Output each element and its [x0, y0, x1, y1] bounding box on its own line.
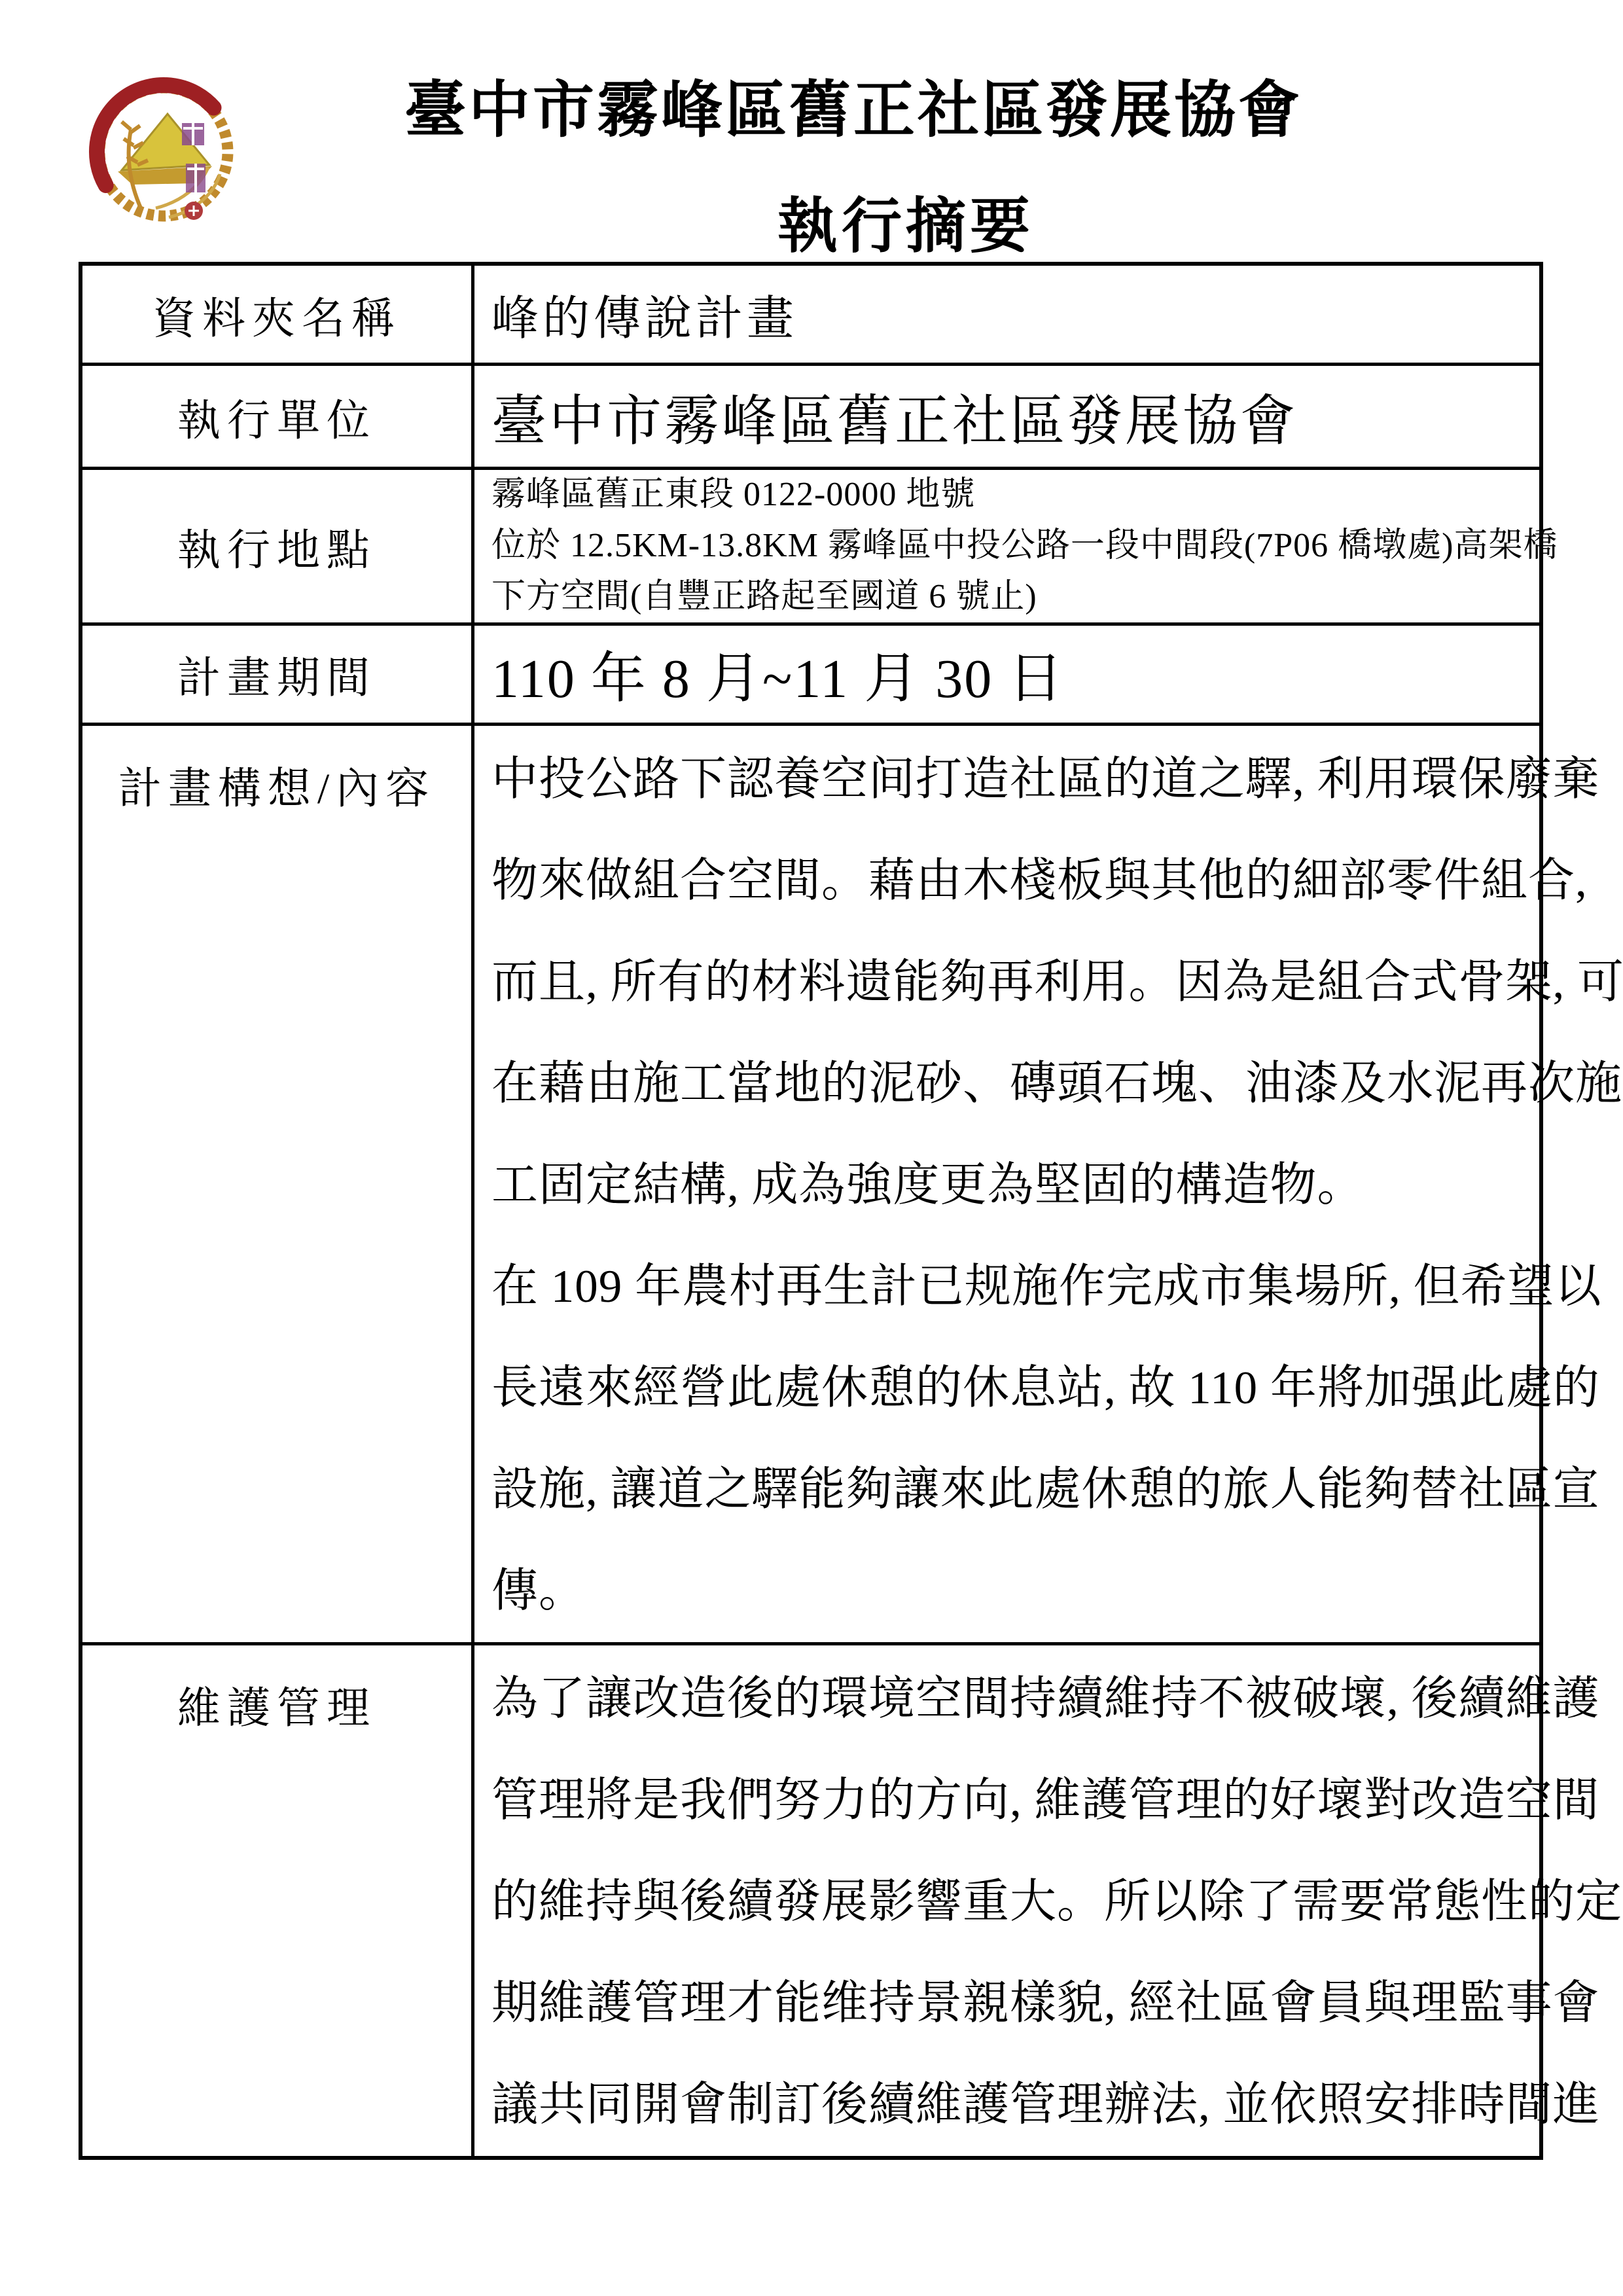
text-line: 在藉由施工當地的泥砂、磚頭石塊、油漆及水泥再次施: [491, 1033, 1623, 1135]
row-label: 執行地點: [82, 470, 471, 622]
table-row-execution-location: 執行地點 霧峰區舊正東段 0122-0000 地號位於 12.5KM-13.8K…: [82, 470, 1539, 626]
text-line: 設施, 讓道之驛能夠讓來此處休憩的旅人能夠替社區宣: [491, 1439, 1623, 1541]
text-line: 在 109 年農村再生計已规施作完成市集場所, 但希望以: [491, 1236, 1623, 1338]
table-row-folder-name: 資料夾名稱 峰的傳說計畫: [82, 266, 1539, 366]
text-line: 下方空間(自豐正路起至國道 6 號止): [491, 571, 1558, 622]
table-row-executing-unit: 執行單位 臺中市霧峰區舊正社區發展協會: [82, 366, 1539, 469]
summary-table: 資料夾名稱 峰的傳說計畫 執行單位 臺中市霧峰區舊正社區發展協會 執行地點 霧峰…: [79, 262, 1543, 2160]
row-value: 為了讓改造後的環境空間持續維持不被破壞, 後續維護管理將是我們努力的方向, 維護…: [471, 1645, 1623, 2156]
text-line: 峰的傳說計畫: [491, 280, 1526, 348]
row-label: 執行單位: [82, 366, 471, 466]
text-line: 工固定結構, 成為強度更為堅固的構造物。: [491, 1135, 1623, 1236]
table-row-project-period: 計畫期間 110 年 8 月~11 月 30 日: [82, 626, 1539, 726]
row-value: 中投公路下認養空间打造社區的道之驛, 利用環保廢棄物來做組合空間。藉由木棧板與其…: [471, 726, 1623, 1642]
row-value: 110 年 8 月~11 月 30 日: [471, 626, 1539, 723]
document-page: 臺中市霧峰區舊正社區發展協會 執行摘要 資料夾名稱 峰的傳說計畫 執行單位 臺中…: [0, 0, 1623, 2296]
text-line: 傳。: [491, 1541, 1623, 1642]
row-label: 資料夾名稱: [82, 266, 471, 363]
text-line: 長遠來經營此處休憩的休息站, 故 110 年將加强此處的: [491, 1338, 1623, 1439]
row-label: 維護管理: [82, 1645, 471, 2156]
text-line: 期維護管理才能维持景親樣貌, 經社區會員與理監事會: [491, 1953, 1622, 2054]
row-label: 計畫期間: [82, 626, 471, 723]
row-value: 臺中市霧峰區舊正社區發展協會: [471, 366, 1539, 466]
text-line: 的維持與後續發展影響重大。所以除了需要常態性的定: [491, 1852, 1622, 1953]
page-title: 臺中市霧峰區舊正社區發展協會: [404, 60, 1302, 149]
row-label: 計畫構想/內容: [82, 726, 471, 1642]
text-line: 位於 12.5KM-13.8KM 霧峰區中投公路一段中間段(7P06 橋墩處)高…: [491, 520, 1558, 571]
table-row-maintenance-management: 維護管理 為了讓改造後的環境空間持續維持不被破壞, 後續維護管理將是我們努力的方…: [82, 1645, 1539, 2156]
text-line: 議共同開會制訂後續維護管理辦法, 並依照安排時間進: [491, 2054, 1622, 2156]
text-line: 110 年 8 月~11 月 30 日: [491, 634, 1526, 713]
text-line: 霧峰區舊正東段 0122-0000 地號: [491, 469, 1558, 520]
text-line: 物來做組合空間。藉由木棧板與其他的細部零件組合,: [491, 831, 1623, 932]
text-line: 中投公路下認養空间打造社區的道之驛, 利用環保廢棄: [491, 729, 1623, 831]
text-line: 臺中市霧峰區舊正社區發展協會: [491, 377, 1526, 456]
row-value: 峰的傳說計畫: [471, 266, 1539, 363]
table-row-project-concept: 計畫構想/內容 中投公路下認養空间打造社區的道之驛, 利用環保廢棄物來做組合空間…: [82, 726, 1539, 1645]
association-logo-emblem: [84, 46, 240, 247]
row-value: 霧峰區舊正東段 0122-0000 地號位於 12.5KM-13.8KM 霧峰區…: [471, 470, 1571, 622]
text-line: 為了讓改造後的環境空間持續維持不被破壞, 後續維護: [491, 1649, 1622, 1750]
text-line: 而且, 所有的材料遗能夠再利用。因為是組合式骨架, 可: [491, 932, 1623, 1033]
text-line: 管理將是我們努力的方向, 維護管理的好壞對改造空間: [491, 1750, 1622, 1852]
page-subtitle: 執行摘要: [777, 178, 1034, 264]
